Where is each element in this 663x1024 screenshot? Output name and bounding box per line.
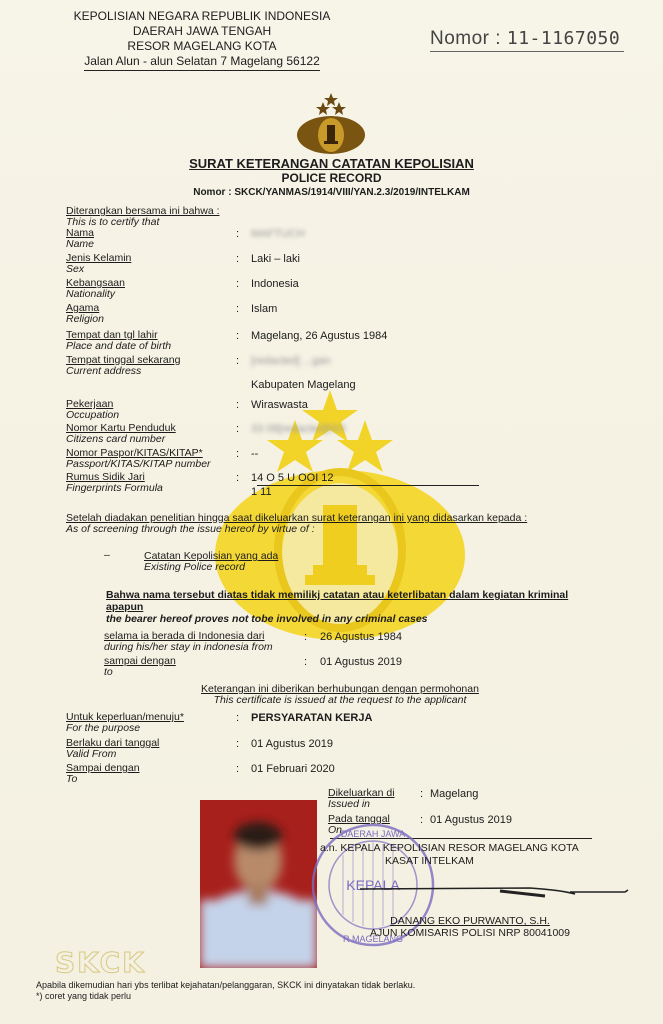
field-colon: : bbox=[304, 656, 307, 668]
field-value: PERSYARATAN KERJA bbox=[251, 712, 372, 724]
serial-number: Nomor : 11-1167050 bbox=[430, 28, 624, 52]
field-value: Wiraswasta bbox=[251, 399, 308, 411]
field-label-en: Current address bbox=[66, 366, 180, 377]
field-value: Indonesia bbox=[251, 278, 299, 290]
field-colon: : bbox=[236, 712, 239, 724]
field-label-id: sampai dengan bbox=[104, 656, 176, 667]
field-value: 26 Agustus 1984 bbox=[320, 631, 402, 643]
field-colon: : bbox=[236, 303, 239, 315]
field-colon: : bbox=[304, 631, 307, 643]
field-label: Tempat dan tgl lahirPlace and date of bi… bbox=[66, 330, 171, 352]
field-value-continued: Kabupaten Magelang bbox=[251, 379, 356, 391]
field-value: 14 O 5 U OOI 12 bbox=[251, 472, 334, 484]
signature-icon bbox=[360, 880, 630, 900]
field-value: Magelang, 26 Agustus 1984 bbox=[251, 330, 387, 342]
field-label: sampai denganto bbox=[104, 656, 176, 678]
field-colon: : bbox=[236, 448, 239, 460]
field-value: [redacted] ...gan bbox=[251, 355, 331, 367]
header-line: DAERAH JAWA TENGAH bbox=[62, 24, 342, 39]
intro-statement: Diterangkan bersama ini bahwa : This is … bbox=[66, 206, 220, 228]
field-label: Dikeluarkan diIssued in bbox=[328, 788, 395, 810]
signatory-line2: KASAT INTELKAM bbox=[320, 855, 610, 868]
field-label: Nomor Kartu PendudukCitizens card number bbox=[66, 423, 176, 445]
field-label-en: For the purpose bbox=[66, 723, 184, 734]
police-record-document: KEPOLISIAN NEGARA REPUBLIK INDONESIA DAE… bbox=[0, 0, 663, 1024]
header-address: Jalan Alun - alun Selatan 7 Magelang 561… bbox=[84, 54, 320, 71]
field-label-en: To bbox=[66, 774, 140, 785]
footer-note: *) coret yang tidak perlu bbox=[36, 991, 415, 1002]
field-value: Laki – laki bbox=[251, 253, 300, 265]
field-label-en: Citizens card number bbox=[66, 434, 176, 445]
field-colon: : bbox=[236, 472, 239, 484]
field-value: 01 Agustus 2019 bbox=[251, 738, 333, 750]
screening-statement: Setelah diadakan penelitian hingga saat … bbox=[66, 513, 626, 535]
screening-bullet-dash: – bbox=[104, 550, 110, 561]
field-label: NamaName bbox=[66, 228, 94, 250]
skck-watermark-text: SKCK bbox=[55, 946, 146, 979]
field-value: MAFTUCH bbox=[251, 228, 305, 240]
screening-en: As of screening through the issue hereof… bbox=[66, 524, 626, 535]
field-label-id: Sampai dengan bbox=[66, 763, 140, 774]
document-title-english: POLICE RECORD bbox=[140, 171, 523, 186]
signatory-line1: a.n. KEPALA KEPOLISIAN RESOR MAGELANG KO… bbox=[320, 842, 610, 855]
field-colon: : bbox=[236, 330, 239, 342]
clearance-en: the bearer hereof proves not tobe involv… bbox=[106, 613, 596, 625]
field-label: Berlaku dari tanggalValid From bbox=[66, 738, 159, 760]
document-title: SURAT KETERANGAN CATATAN KEPOLISIAN bbox=[140, 156, 523, 171]
fingerprint-divider bbox=[257, 485, 479, 486]
field-value: 01 Februari 2020 bbox=[251, 763, 335, 775]
field-label: Untuk keperluan/menuju*For the purpose bbox=[66, 712, 184, 734]
signatory-title: a.n. KEPALA KEPOLISIAN RESOR MAGELANG KO… bbox=[320, 842, 610, 868]
document-number: Nomor : SKCK/YANMAS/1914/VIII/YAN.2.3/20… bbox=[140, 186, 523, 199]
serial-label: Nomor : bbox=[430, 28, 507, 49]
field-label: AgamaReligion bbox=[66, 303, 104, 325]
signatory-rank: AJUN KOMISARIS POLISI NRP 80041009 bbox=[370, 927, 570, 939]
clearance-id: Bahwa nama tersebut diatas tidak memilik… bbox=[106, 589, 596, 613]
screening-bullet: Catatan Kepolisian yang ada Existing Pol… bbox=[144, 551, 278, 573]
field-label-en: during his/her stay in indonesia from bbox=[104, 642, 273, 653]
field-label-en: Occupation bbox=[66, 410, 119, 421]
footer-disclaimer: Apabila dikemudian hari ybs terlibat kej… bbox=[36, 980, 415, 991]
field-label: Tempat tinggal sekarangCurrent address bbox=[66, 355, 180, 377]
field-label: Nomor Paspor/KITAS/KITAP*Passport/KITAS/… bbox=[66, 448, 211, 470]
field-value: -- bbox=[251, 448, 258, 460]
field-label: KebangsaanNationality bbox=[66, 278, 125, 300]
field-value-continued: 1 11 bbox=[251, 486, 272, 498]
field-label-en: Passport/KITAS/KITAP number bbox=[66, 459, 211, 470]
serial-value: 11-1167050 bbox=[507, 28, 620, 49]
field-colon: : bbox=[236, 253, 239, 265]
header-line: RESOR MAGELANG KOTA bbox=[62, 39, 342, 54]
footer-notes: Apabila dikemudian hari ybs terlibat kej… bbox=[36, 980, 415, 1002]
field-value: Islam bbox=[251, 303, 277, 315]
field-label-en: Nationality bbox=[66, 289, 125, 300]
field-label-en: Name bbox=[66, 239, 94, 250]
field-value: 01 Agustus 2019 bbox=[320, 656, 402, 668]
request-statement: Keterangan ini diberikan berhubungan den… bbox=[140, 684, 540, 706]
field-label-en: Issued in bbox=[328, 799, 395, 810]
field-colon: : bbox=[236, 399, 239, 411]
field-label-en: Place and date of birth bbox=[66, 341, 171, 352]
bullet-en: Existing Police record bbox=[144, 562, 278, 573]
field-colon: : bbox=[236, 355, 239, 367]
field-value: 01 Agustus 2019 bbox=[430, 814, 512, 826]
field-label: Sampai denganTo bbox=[66, 763, 140, 785]
request-en: This certificate is issued at the reques… bbox=[140, 695, 540, 706]
applicant-photo bbox=[200, 800, 317, 968]
document-title-block: SURAT KETERANGAN CATATAN KEPOLISIAN POLI… bbox=[140, 156, 523, 199]
field-value: 33 08[redacted]003 bbox=[251, 423, 346, 435]
field-label-en: Valid From bbox=[66, 749, 159, 760]
field-label-en: to bbox=[104, 667, 176, 678]
field-colon: : bbox=[236, 228, 239, 240]
stamp-top: DAERAH JAWA bbox=[341, 829, 405, 839]
field-colon: : bbox=[236, 423, 239, 435]
field-label: Rumus Sidik JariFingerprints Formula bbox=[66, 472, 163, 494]
police-emblem-icon bbox=[295, 93, 367, 155]
field-label: selama ia berada di Indonesia dariduring… bbox=[104, 631, 273, 653]
field-colon: : bbox=[420, 788, 423, 800]
field-colon: : bbox=[236, 738, 239, 750]
field-label: PekerjaanOccupation bbox=[66, 399, 119, 421]
signatory-name: DANANG EKO PURWANTO, S.H. bbox=[370, 915, 570, 927]
field-label-en: Sex bbox=[66, 264, 131, 275]
field-value: Magelang bbox=[430, 788, 478, 800]
field-label-en: Religion bbox=[66, 314, 104, 325]
clearance-statement: Bahwa nama tersebut diatas tidak memilik… bbox=[106, 589, 596, 625]
issuing-office-header: KEPOLISIAN NEGARA REPUBLIK INDONESIA DAE… bbox=[62, 9, 342, 71]
field-colon: : bbox=[236, 278, 239, 290]
field-label: Jenis KelaminSex bbox=[66, 253, 131, 275]
field-colon: : bbox=[236, 763, 239, 775]
header-line: KEPOLISIAN NEGARA REPUBLIK INDONESIA bbox=[62, 9, 342, 24]
field-label-en: Fingerprints Formula bbox=[66, 483, 163, 494]
signatory-block: DANANG EKO PURWANTO, S.H. AJUN KOMISARIS… bbox=[370, 915, 570, 939]
